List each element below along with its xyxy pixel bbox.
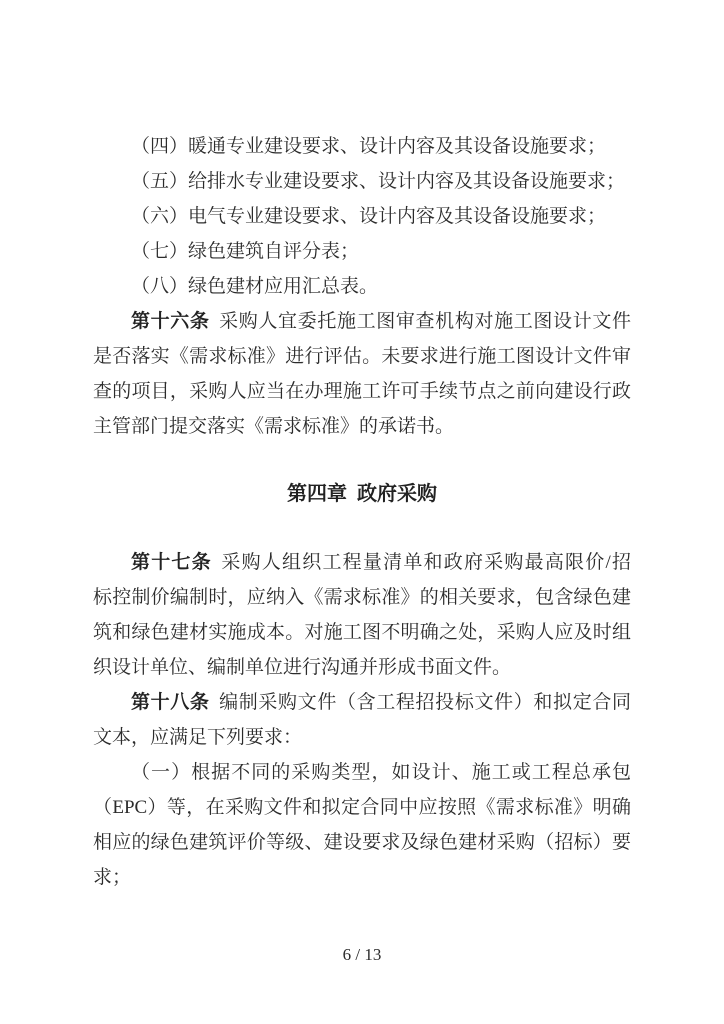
chapter-title: 政府采购 (357, 483, 437, 505)
article-17-line: 织设计单位、编制单位进行沟通并形成书面文件。 (93, 650, 631, 685)
article-17-line: 标控制价编制时，应纳入《需求标准》的相关要求，包含绿色建 (93, 580, 631, 615)
article-16-line: 是否落实《需求标准》进行评估。未要求进行施工图设计文件审 (93, 339, 631, 374)
article-17-line: 筑和绿色建材实施成本。对施工图不明确之处，采购人应及时组 (93, 615, 631, 650)
sub-item-1-line: （EPC）等，在采购文件和拟定合同中应按照《需求标准》明确 (93, 790, 631, 825)
document-body: （四）暖通专业建设要求、设计内容及其设备设施要求； （五）给排水专业建设要求、设… (93, 129, 631, 895)
article-16-label: 第十六条 (131, 311, 210, 332)
article-17-label: 第十七条 (131, 552, 212, 573)
article-17-line: 第十七条采购人组织工程量清单和政府采购最高限价/招 (93, 545, 631, 580)
article-18-line: 文本，应满足下列要求： (93, 720, 631, 755)
sub-item-1-line: 求； (93, 860, 631, 895)
clause-item-4: （四）暖通专业建设要求、设计内容及其设备设施要求； (93, 129, 631, 164)
chapter-heading: 第四章政府采购 (93, 477, 631, 512)
clause-item-8: （八）绿色建材应用汇总表。 (93, 269, 631, 304)
sub-item-1-line: 相应的绿色建筑评价等级、建设要求及绿色建材采购（招标）要 (93, 825, 631, 860)
article-16-line: 主管部门提交落实《需求标准》的承诺书。 (93, 409, 631, 444)
article-16-text: 采购人宜委托施工图审查机构对施工图设计文件 (219, 311, 631, 332)
article-18-label: 第十八条 (131, 692, 210, 713)
document-page: （四）暖通专业建设要求、设计内容及其设备设施要求； （五）给排水专业建设要求、设… (0, 0, 724, 1024)
article-16-line: 查的项目，采购人应当在办理施工许可手续节点之前向建设行政 (93, 374, 631, 409)
clause-item-6: （六）电气专业建设要求、设计内容及其设备设施要求； (93, 199, 631, 234)
page-number: 6 / 13 (0, 944, 724, 966)
article-18-text: 编制采购文件（含工程招投标文件）和拟定合同 (219, 692, 631, 713)
article-16-line: 第十六条采购人宜委托施工图审查机构对施工图设计文件 (93, 304, 631, 339)
article-17-text: 采购人组织工程量清单和政府采购最高限价/招 (221, 552, 631, 573)
clause-item-7: （七）绿色建筑自评分表； (93, 234, 631, 269)
article-18-line: 第十八条编制采购文件（含工程招投标文件）和拟定合同 (93, 685, 631, 720)
sub-item-1-line: （一）根据不同的采购类型，如设计、施工或工程总承包 (93, 755, 631, 790)
clause-item-5: （五）给排水专业建设要求、设计内容及其设备设施要求； (93, 164, 631, 199)
chapter-number: 第四章 (287, 483, 347, 505)
